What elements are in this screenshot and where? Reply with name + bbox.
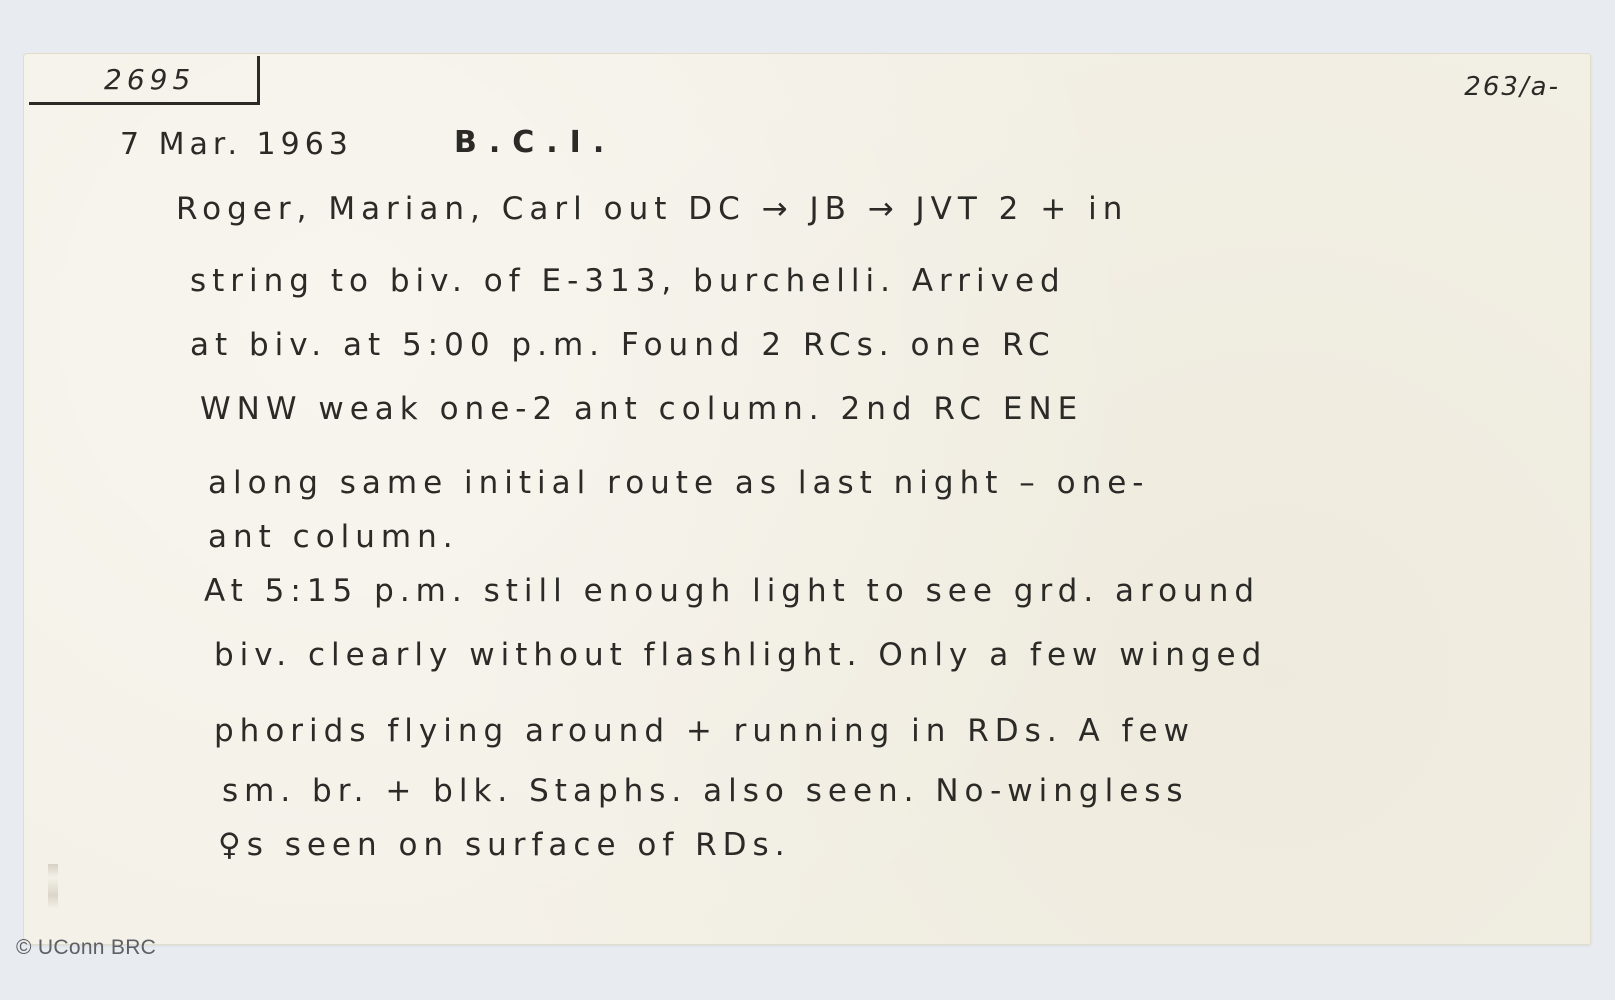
note-line-7: At 5:15 p.m. still enough light to see g… [204, 576, 1260, 607]
note-line-3: at biv. at 5:00 p.m. Found 2 RCs. one RC [190, 330, 1056, 361]
note-line-6: ant column. [208, 522, 459, 553]
reference-number: 263/a- [1464, 74, 1560, 100]
note-line-4: WNW weak one-2 ant column. 2nd RC ENE [200, 394, 1083, 425]
note-date: 7 Mar. 1963 [120, 130, 353, 160]
copyright-watermark: © UConn BRC [16, 936, 156, 960]
scan-viewer: 2695 263/a- 7 Mar. 1963 B.C.I. Roger, Ma… [0, 0, 1615, 1000]
note-line-5: along same initial route as last night –… [208, 468, 1149, 499]
field-note-card: 2695 263/a- 7 Mar. 1963 B.C.I. Roger, Ma… [24, 54, 1590, 944]
catalog-number: 2695 [104, 66, 195, 94]
note-line-1: Roger, Marian, Carl out DC → JB → JVT 2 … [176, 194, 1128, 225]
note-line-10: sm. br. + blk. Staphs. also seen. No-win… [222, 776, 1189, 807]
note-location: B.C.I. [454, 128, 616, 158]
note-line-8: biv. clearly without flashlight. Only a … [214, 640, 1267, 671]
note-line-11: ♀s seen on surface of RDs. [218, 830, 791, 861]
note-line-2: string to biv. of E-313, burchelli. Arri… [190, 266, 1066, 297]
paper-smudge [48, 864, 58, 909]
note-line-9: phorids flying around + running in RDs. … [214, 716, 1195, 747]
